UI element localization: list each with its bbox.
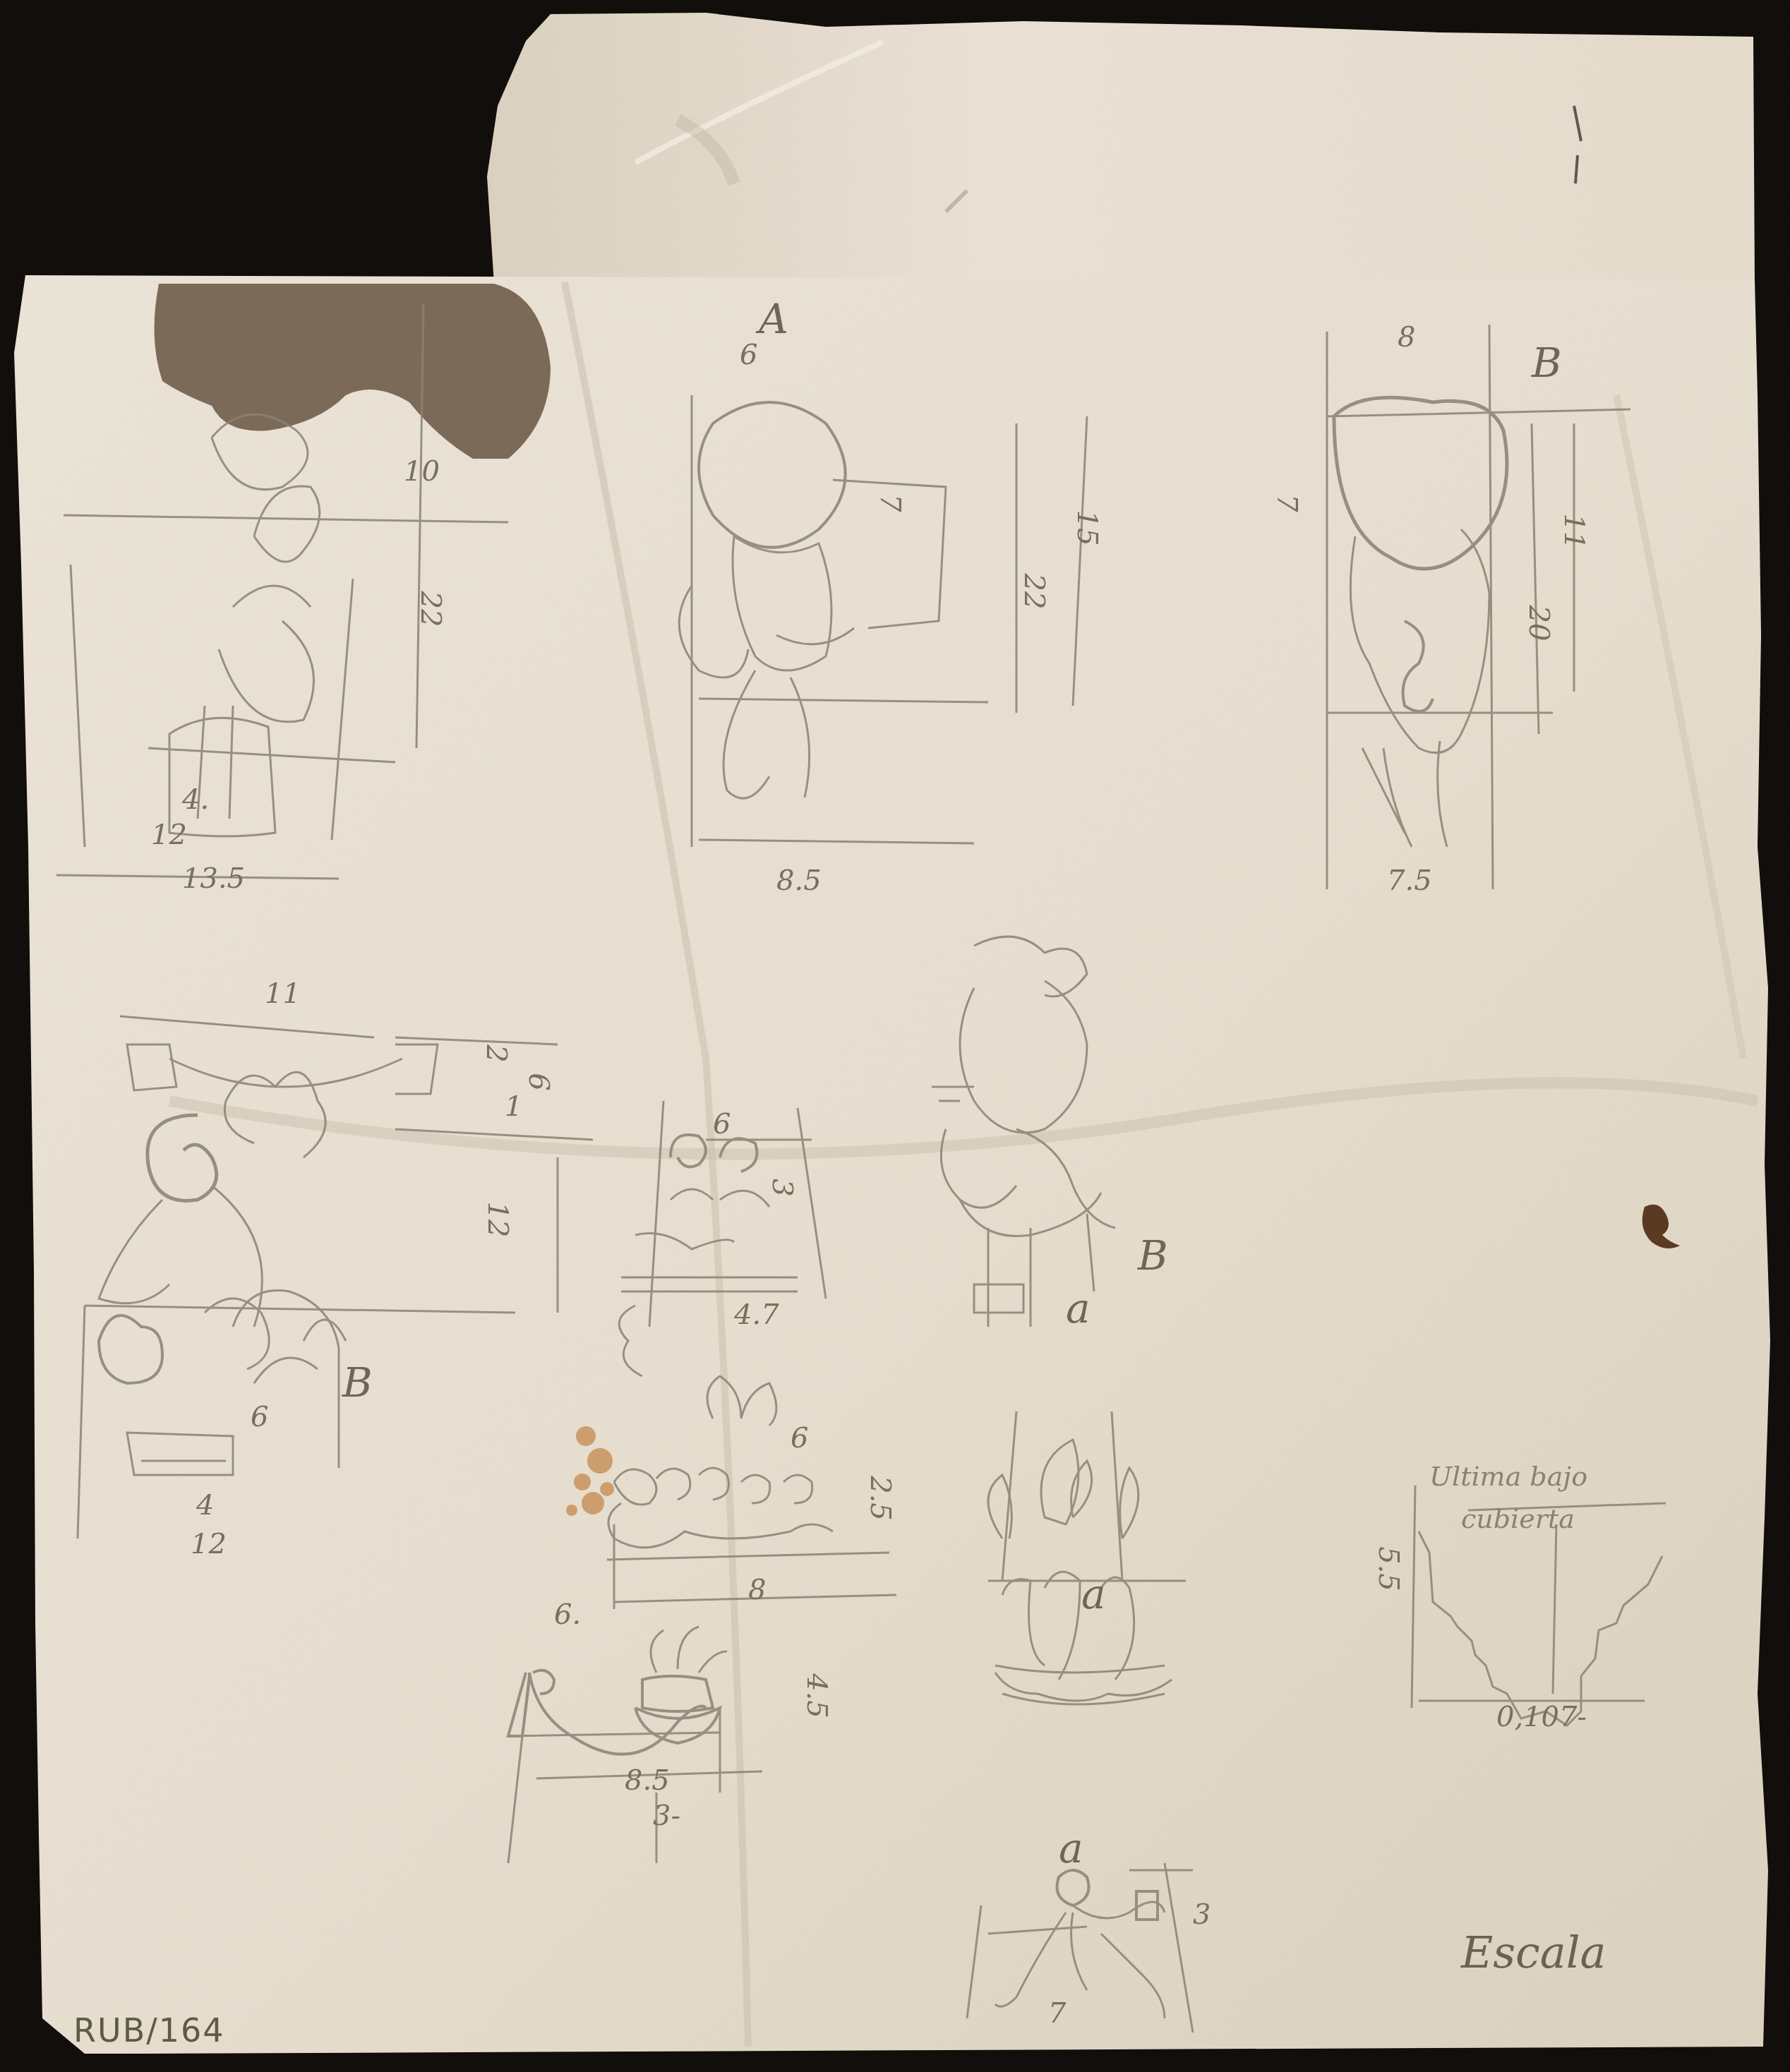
accession-label: RUB/164 [73,2011,225,2049]
dim-label: 6 [522,1073,555,1090]
dim-label: 3 [1193,1898,1211,1931]
cornice-caption-line2: cubierta [1461,1503,1575,1534]
sketch-letter: a [1059,1824,1083,1872]
dim-label: 6 [251,1401,268,1433]
dim-label: 8.5 [776,865,822,897]
dim-label: 4.5 [800,1673,833,1718]
dim-label: 12 [191,1528,227,1560]
dim-label: 7 [1048,1997,1066,2030]
dim-label: 8 [1398,321,1415,354]
dim-label: 3 [766,1179,798,1196]
dim-label: 6 [740,339,757,371]
dim-label: 8.5 [625,1764,670,1797]
sketch-letter: a [1081,1570,1106,1618]
scanned-sheet [0,0,1790,2072]
dim-label: 12 [151,819,187,851]
sketch-letter: B [1138,1231,1168,1279]
dim-label: 4 [196,1489,214,1522]
dim-label: 3- [653,1800,680,1832]
dim-label: 12 [481,1202,514,1238]
dim-label: 11 [1558,514,1590,550]
cornice-caption-line1: Ultima bajo [1429,1461,1587,1492]
dim-label: 8 [748,1574,766,1606]
dim-label: 1 [505,1090,522,1123]
sketch-letter: A [759,295,788,343]
dim-label: 20 [1522,606,1555,642]
dim-label: 7 [874,494,906,512]
dim-label: 6 [713,1108,731,1140]
dim-label: 22 [1018,574,1050,610]
sketch-letter: B [342,1359,373,1407]
dim-label: 11 [265,977,301,1010]
dim-label: 10 [404,455,440,488]
dim-label: 6. [554,1598,581,1631]
dim-label: 4. [182,783,209,816]
dim-label: 13.5 [182,862,245,895]
sketch-letter: a [1066,1284,1091,1332]
dim-label: 2.5 [864,1476,896,1521]
dim-label: 7 [1271,494,1303,512]
scale-label: Escala [1461,1927,1606,1978]
dim-label: 4.7 [734,1299,779,1331]
dim-label: 0,107- [1496,1701,1587,1733]
dim-label: 15 [1071,510,1103,546]
dim-label: 6 [791,1422,808,1454]
dim-label: 7.5 [1387,865,1432,897]
sketch-letter: B [1532,339,1562,387]
dim-label: 22 [414,591,447,627]
dim-label: 2 [480,1044,512,1062]
dim-label: 5.5 [1372,1546,1405,1591]
